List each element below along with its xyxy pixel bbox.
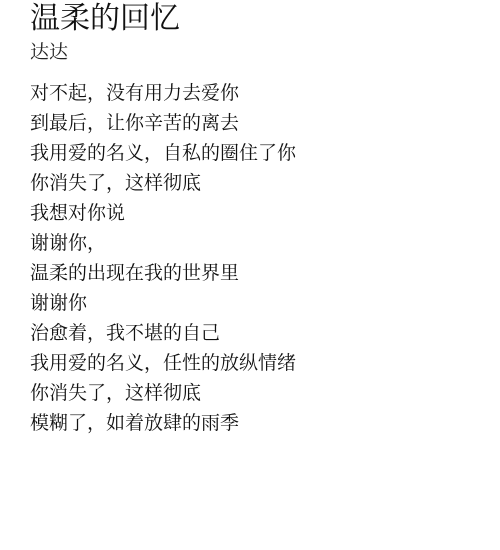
song-title: 温柔的回忆 [30,0,500,38]
lyric-line: 模糊了，如着放肆的雨季 [30,408,500,438]
lyric-line: 谢谢你， [30,228,500,258]
lyric-line: 治愈着，我不堪的自己 [30,318,500,348]
lyric-line: 对不起，没有用力去爱你 [30,78,500,108]
lyric-line: 到最后，让你辛苦的离去 [30,108,500,138]
lyrics-list: 对不起，没有用力去爱你 到最后，让你辛苦的离去 我用爱的名义，自私的圈住了你 你… [30,78,500,438]
lyric-line: 我用爱的名义，自私的圈住了你 [30,138,500,168]
lyric-line: 我用爱的名义，任性的放纵情绪 [30,348,500,378]
lyrics-page: 温柔的回忆 达达 对不起，没有用力去爱你 到最后，让你辛苦的离去 我用爱的名义，… [30,0,500,438]
song-artist: 达达 [30,38,500,66]
lyric-line: 我想对你说 [30,198,500,228]
lyric-line: 你消失了，这样彻底 [30,378,500,408]
lyric-line: 你消失了，这样彻底 [30,168,500,198]
lyric-line: 谢谢你 [30,288,500,318]
lyric-line: 温柔的出现在我的世界里 [30,258,500,288]
